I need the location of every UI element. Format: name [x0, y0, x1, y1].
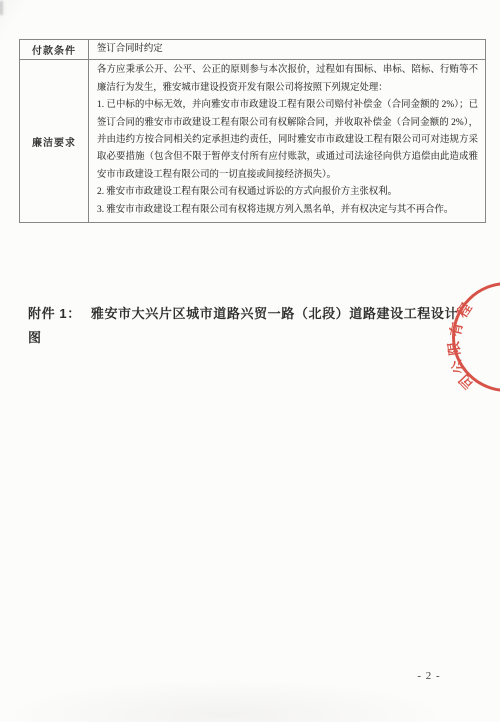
table-row-integrity-requirements: 廉洁要求 各方应秉承公开、公平、公正的原则参与本次报价，过程如有围标、串标、陪标…: [20, 60, 486, 223]
integrity-requirements-label: 廉洁要求: [20, 60, 89, 223]
integrity-requirements-content: 各方应秉承公开、公平、公正的原则参与本次报价，过程如有围标、串标、陪标、行贿等不…: [89, 60, 486, 223]
integrity-intro-paragraph: 各方应秉承公开、公平、公正的原则参与本次报价，过程如有围标、串标、陪标、行贿等不…: [97, 62, 478, 97]
attachment-title: 雅安市大兴片区城市道路兴贸一路（北段）道路建设工程设计图: [28, 306, 458, 345]
document-page: 付款条件 签订合同时约定 廉洁要求 各方应秉承公开、公平、公正的原则参与本次报价…: [0, 0, 500, 722]
terms-table: 付款条件 签订合同时约定 廉洁要求 各方应秉承公开、公平、公正的原则参与本次报价…: [19, 39, 486, 223]
seal-character: 司: [456, 371, 477, 392]
attachment-note: 附件 1：雅安市大兴片区城市道路兴贸一路（北段）道路建设工程设计图: [28, 302, 458, 350]
seal-circle-border: [452, 282, 500, 392]
payment-terms-content: 签订合同时约定: [89, 40, 486, 60]
payment-terms-text: 签订合同时约定: [97, 41, 478, 58]
integrity-clause-1: 1. 已中标的中标无效，并向雅安市市政建设工程有限公司赔付补偿金（合同金额的 2…: [97, 97, 478, 184]
scan-artifact: [0, 1, 4, 15]
table-row-payment-terms: 付款条件 签订合同时约定: [20, 40, 486, 60]
integrity-clause-2: 2. 雅安市市政建设工程有限公司有权通过诉讼的方式向报价方主张权利。: [97, 184, 478, 201]
seal-character: 公: [448, 356, 468, 376]
payment-terms-label: 付款条件: [20, 40, 89, 60]
page-number: - 2 -: [403, 670, 455, 682]
integrity-clause-3: 3. 雅安市市政建设工程有限公司有权将违规方列入黑名单，并有权决定与其不再合作。: [97, 202, 478, 219]
attachment-label: 附件 1：: [28, 306, 81, 321]
